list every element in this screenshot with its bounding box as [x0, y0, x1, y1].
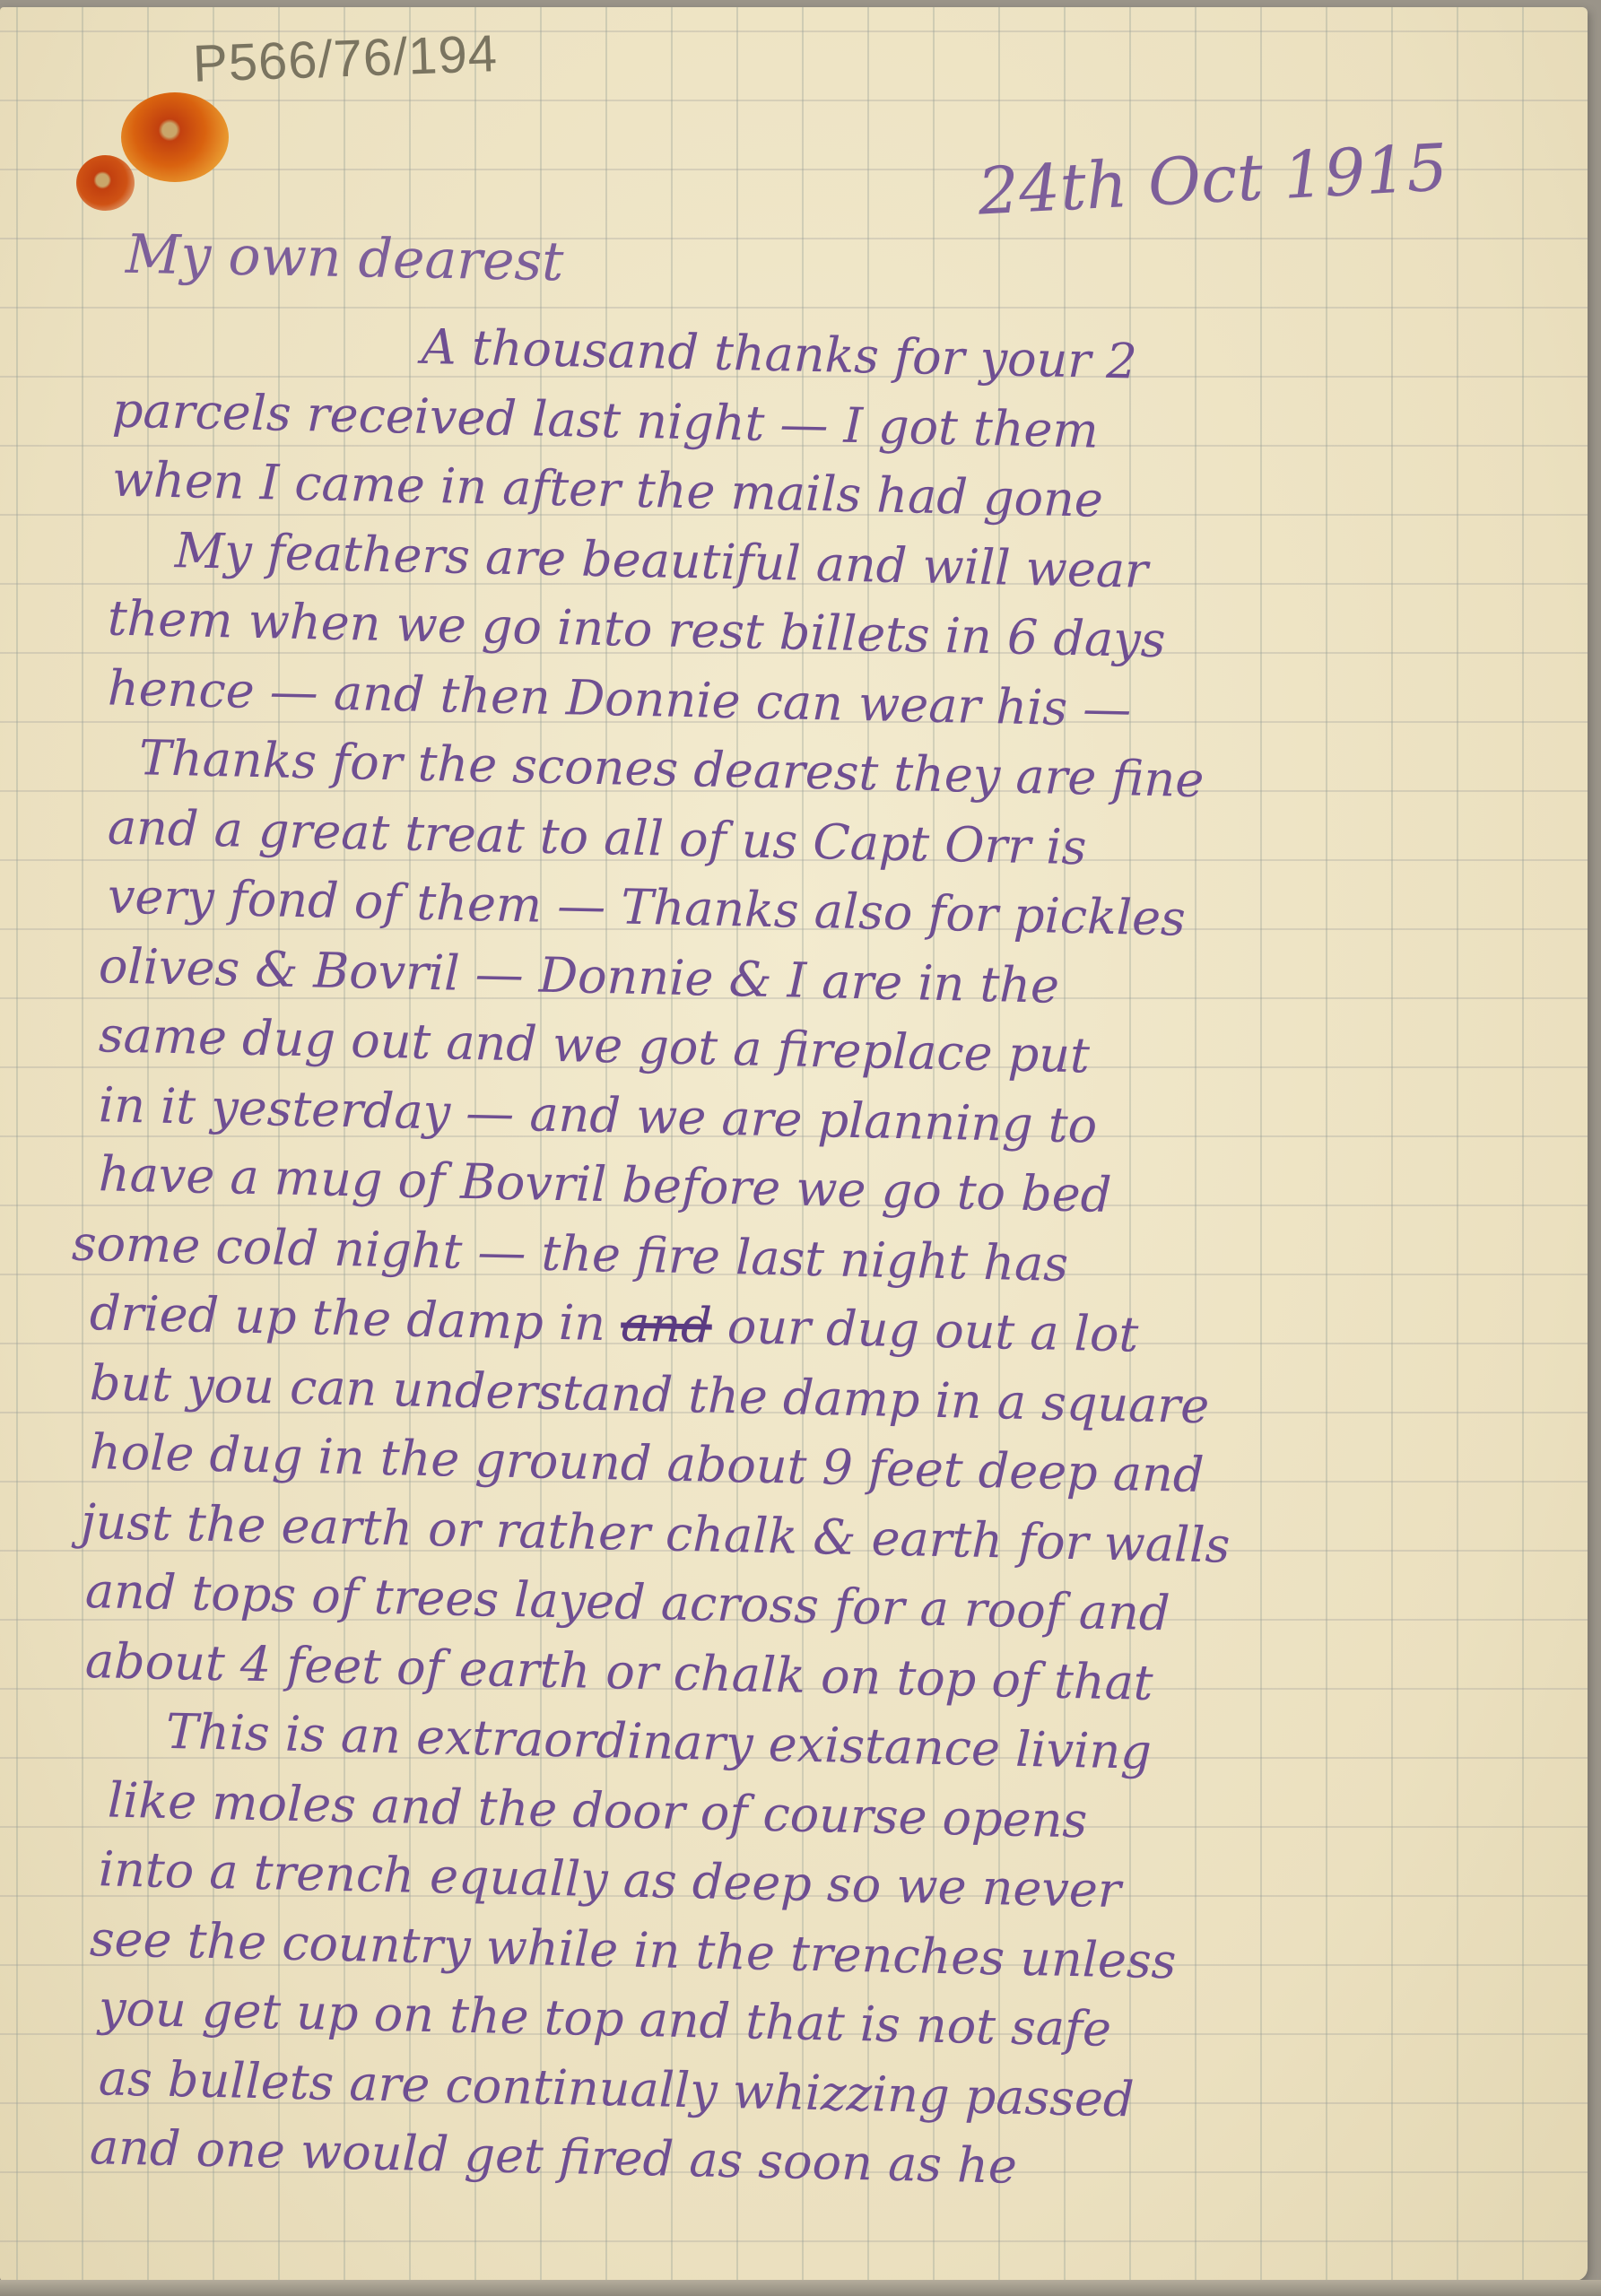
- archive-reference: P566/76/194: [192, 23, 499, 94]
- struck-out-word: and: [621, 1296, 713, 1354]
- scan-background-edge: [0, 2280, 1601, 2296]
- wax-seal-stain-icon: [121, 92, 229, 182]
- letter-date: 24th Oct 1915: [976, 129, 1449, 229]
- letter-body: A thousand thanks for your 2 parcels rec…: [0, 303, 1588, 2180]
- salutation: My own dearest: [125, 223, 564, 294]
- wax-seal-stain-icon: [76, 155, 135, 211]
- letter-page: P566/76/194 24th Oct 1915 My own dearest…: [0, 7, 1588, 2281]
